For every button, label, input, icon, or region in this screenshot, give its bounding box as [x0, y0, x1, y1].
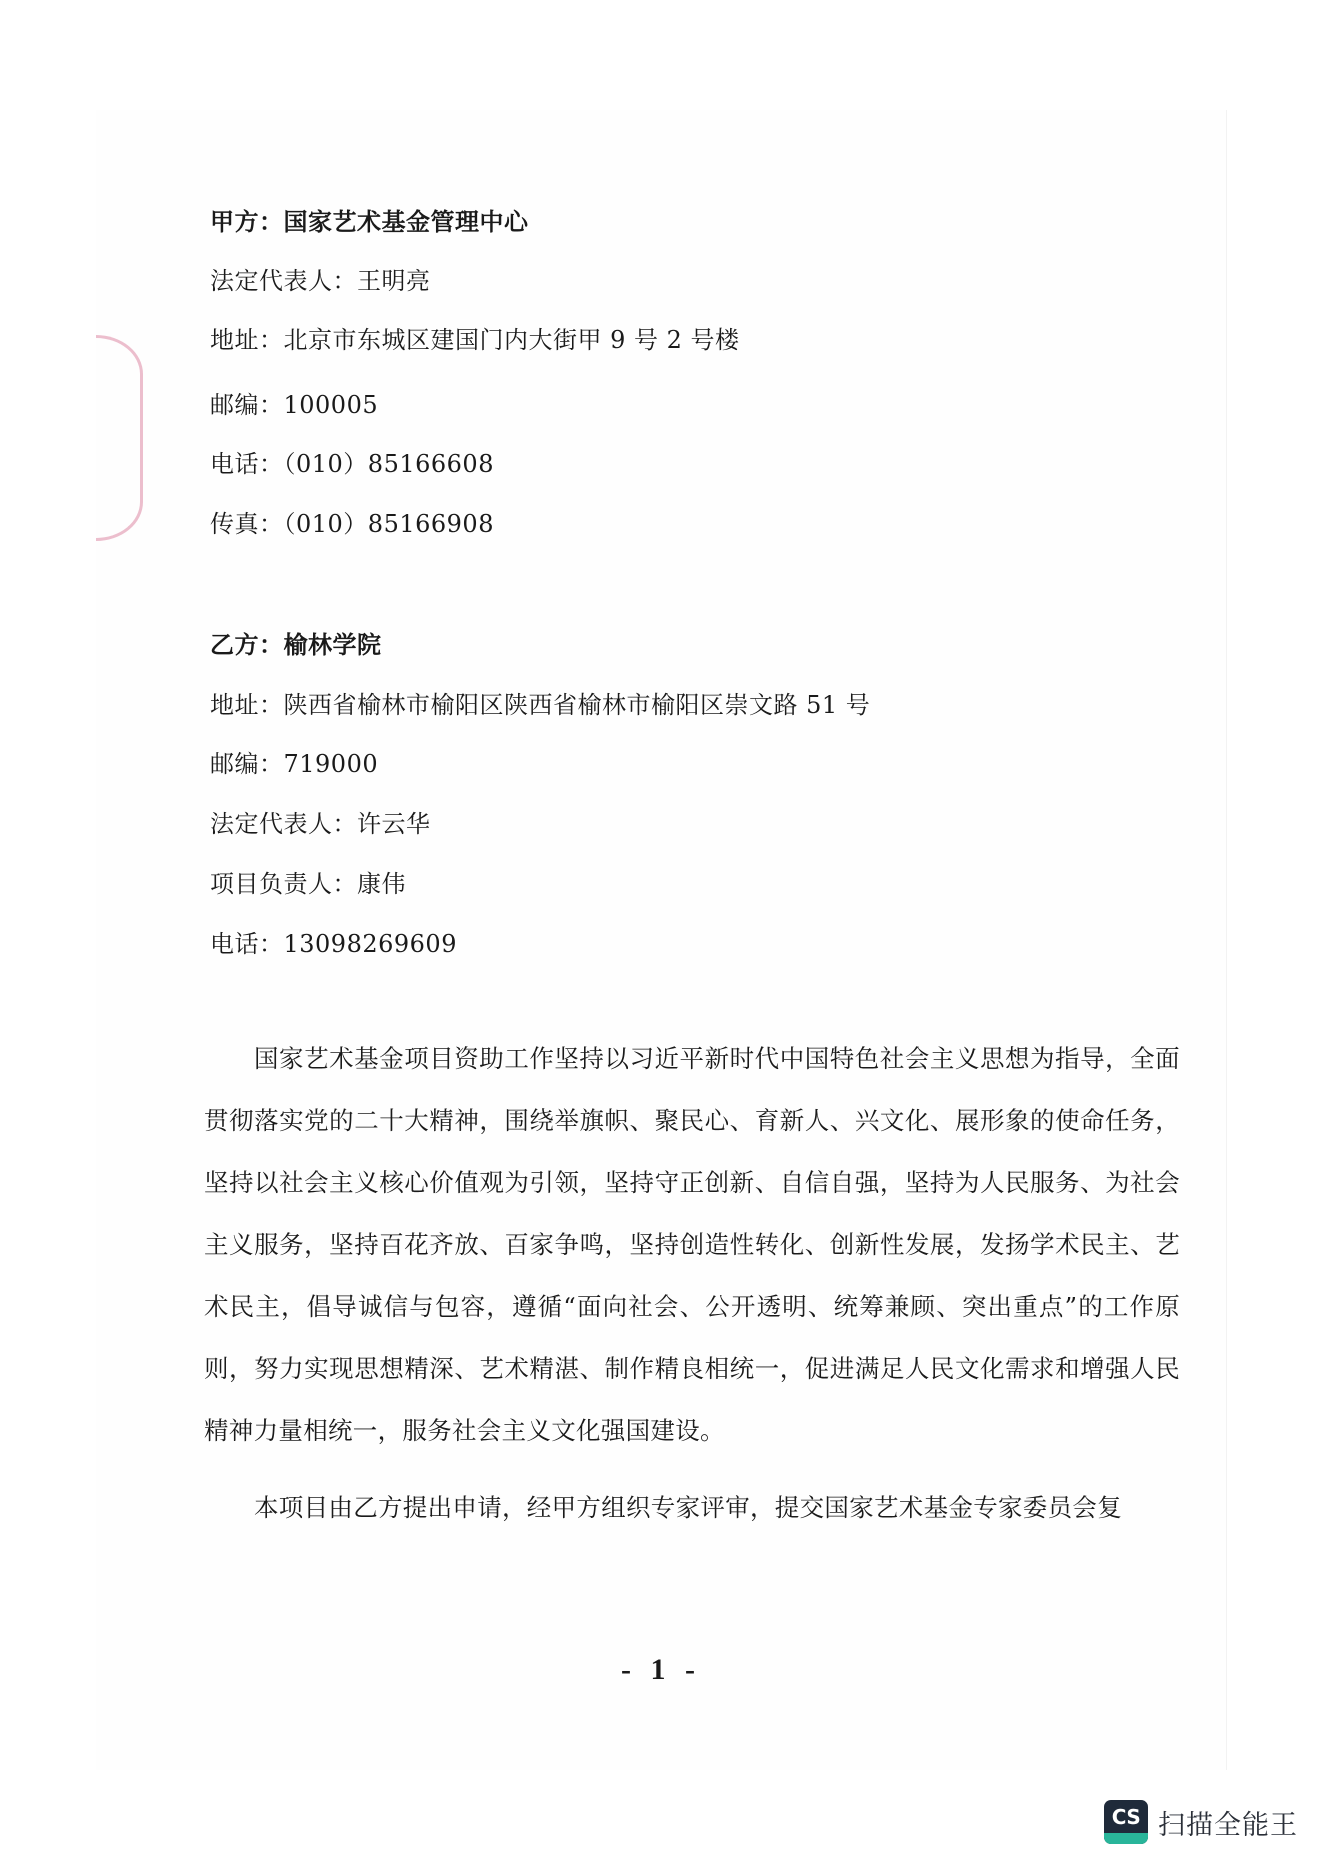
- field-value: （010）85166908: [284, 510, 494, 538]
- party-a-heading: 甲方：国家艺术基金管理中心: [210, 207, 529, 237]
- party-a-postcode: 邮编：100005: [210, 390, 378, 420]
- party-b-label: 乙方：: [210, 630, 284, 659]
- field-value: 许云华: [357, 810, 431, 838]
- field-label: 地址：: [210, 691, 284, 719]
- field-value: 北京市东城区建国门内大街甲 9 号 2 号楼: [284, 326, 740, 354]
- field-label: 电话：: [210, 450, 284, 478]
- logo-accent-bar: [1104, 1833, 1148, 1844]
- party-b-phone: 电话：13098269609: [210, 929, 457, 959]
- page-number: - 1 -: [0, 1653, 1322, 1687]
- field-value: 陕西省榆林市榆阳区陕西省榆林市榆阳区崇文路 51 号: [284, 691, 871, 719]
- party-a-fax: 传真：（010）85166908: [210, 509, 494, 539]
- seal-stamp-fragment: [96, 335, 143, 541]
- party-b-heading: 乙方：榆林学院: [210, 630, 382, 660]
- party-a-legal-rep: 法定代表人：王明亮: [210, 266, 431, 296]
- body-paragraph-1: 国家艺术基金项目资助工作坚持以习近平新时代中国特色社会主义思想为指导，全面贯彻落…: [204, 1028, 1180, 1462]
- field-label: 邮编：: [210, 391, 284, 419]
- field-value: 100005: [284, 391, 379, 419]
- party-a-label: 甲方：: [210, 207, 284, 236]
- party-b-name: 榆林学院: [284, 630, 382, 659]
- party-b-project-lead: 项目负责人：康伟: [210, 869, 406, 899]
- field-label: 邮编：: [210, 750, 284, 778]
- field-label: 电话：: [210, 930, 284, 958]
- camscanner-logo-icon: CS: [1104, 1800, 1148, 1844]
- field-value: （010）85166608: [284, 450, 494, 478]
- body-paragraph-2: 本项目由乙方提出申请，经甲方组织专家评审，提交国家艺术基金专家委员会复: [204, 1477, 1180, 1539]
- field-label: 法定代表人：: [210, 810, 357, 838]
- party-b-legal-rep: 法定代表人：许云华: [210, 809, 431, 839]
- field-value: 719000: [284, 750, 379, 778]
- scanner-watermark: CS 扫描全能王: [1104, 1800, 1298, 1844]
- logo-text: CS: [1104, 1805, 1148, 1829]
- party-b-address: 地址：陕西省榆林市榆阳区陕西省榆林市榆阳区崇文路 51 号: [210, 690, 870, 720]
- watermark-label: 扫描全能王: [1158, 1803, 1298, 1842]
- field-label: 项目负责人：: [210, 870, 357, 898]
- field-label: 传真：: [210, 510, 284, 538]
- field-label: 地址：: [210, 326, 284, 354]
- party-a-name: 国家艺术基金管理中心: [284, 207, 529, 236]
- field-value: 13098269609: [284, 930, 457, 958]
- field-label: 法定代表人：: [210, 267, 357, 295]
- party-a-phone: 电话：（010）85166608: [210, 449, 494, 479]
- field-value: 康伟: [357, 870, 406, 898]
- party-a-address: 地址：北京市东城区建国门内大街甲 9 号 2 号楼: [210, 325, 740, 355]
- field-value: 王明亮: [357, 267, 431, 295]
- party-b-postcode: 邮编：719000: [210, 749, 378, 779]
